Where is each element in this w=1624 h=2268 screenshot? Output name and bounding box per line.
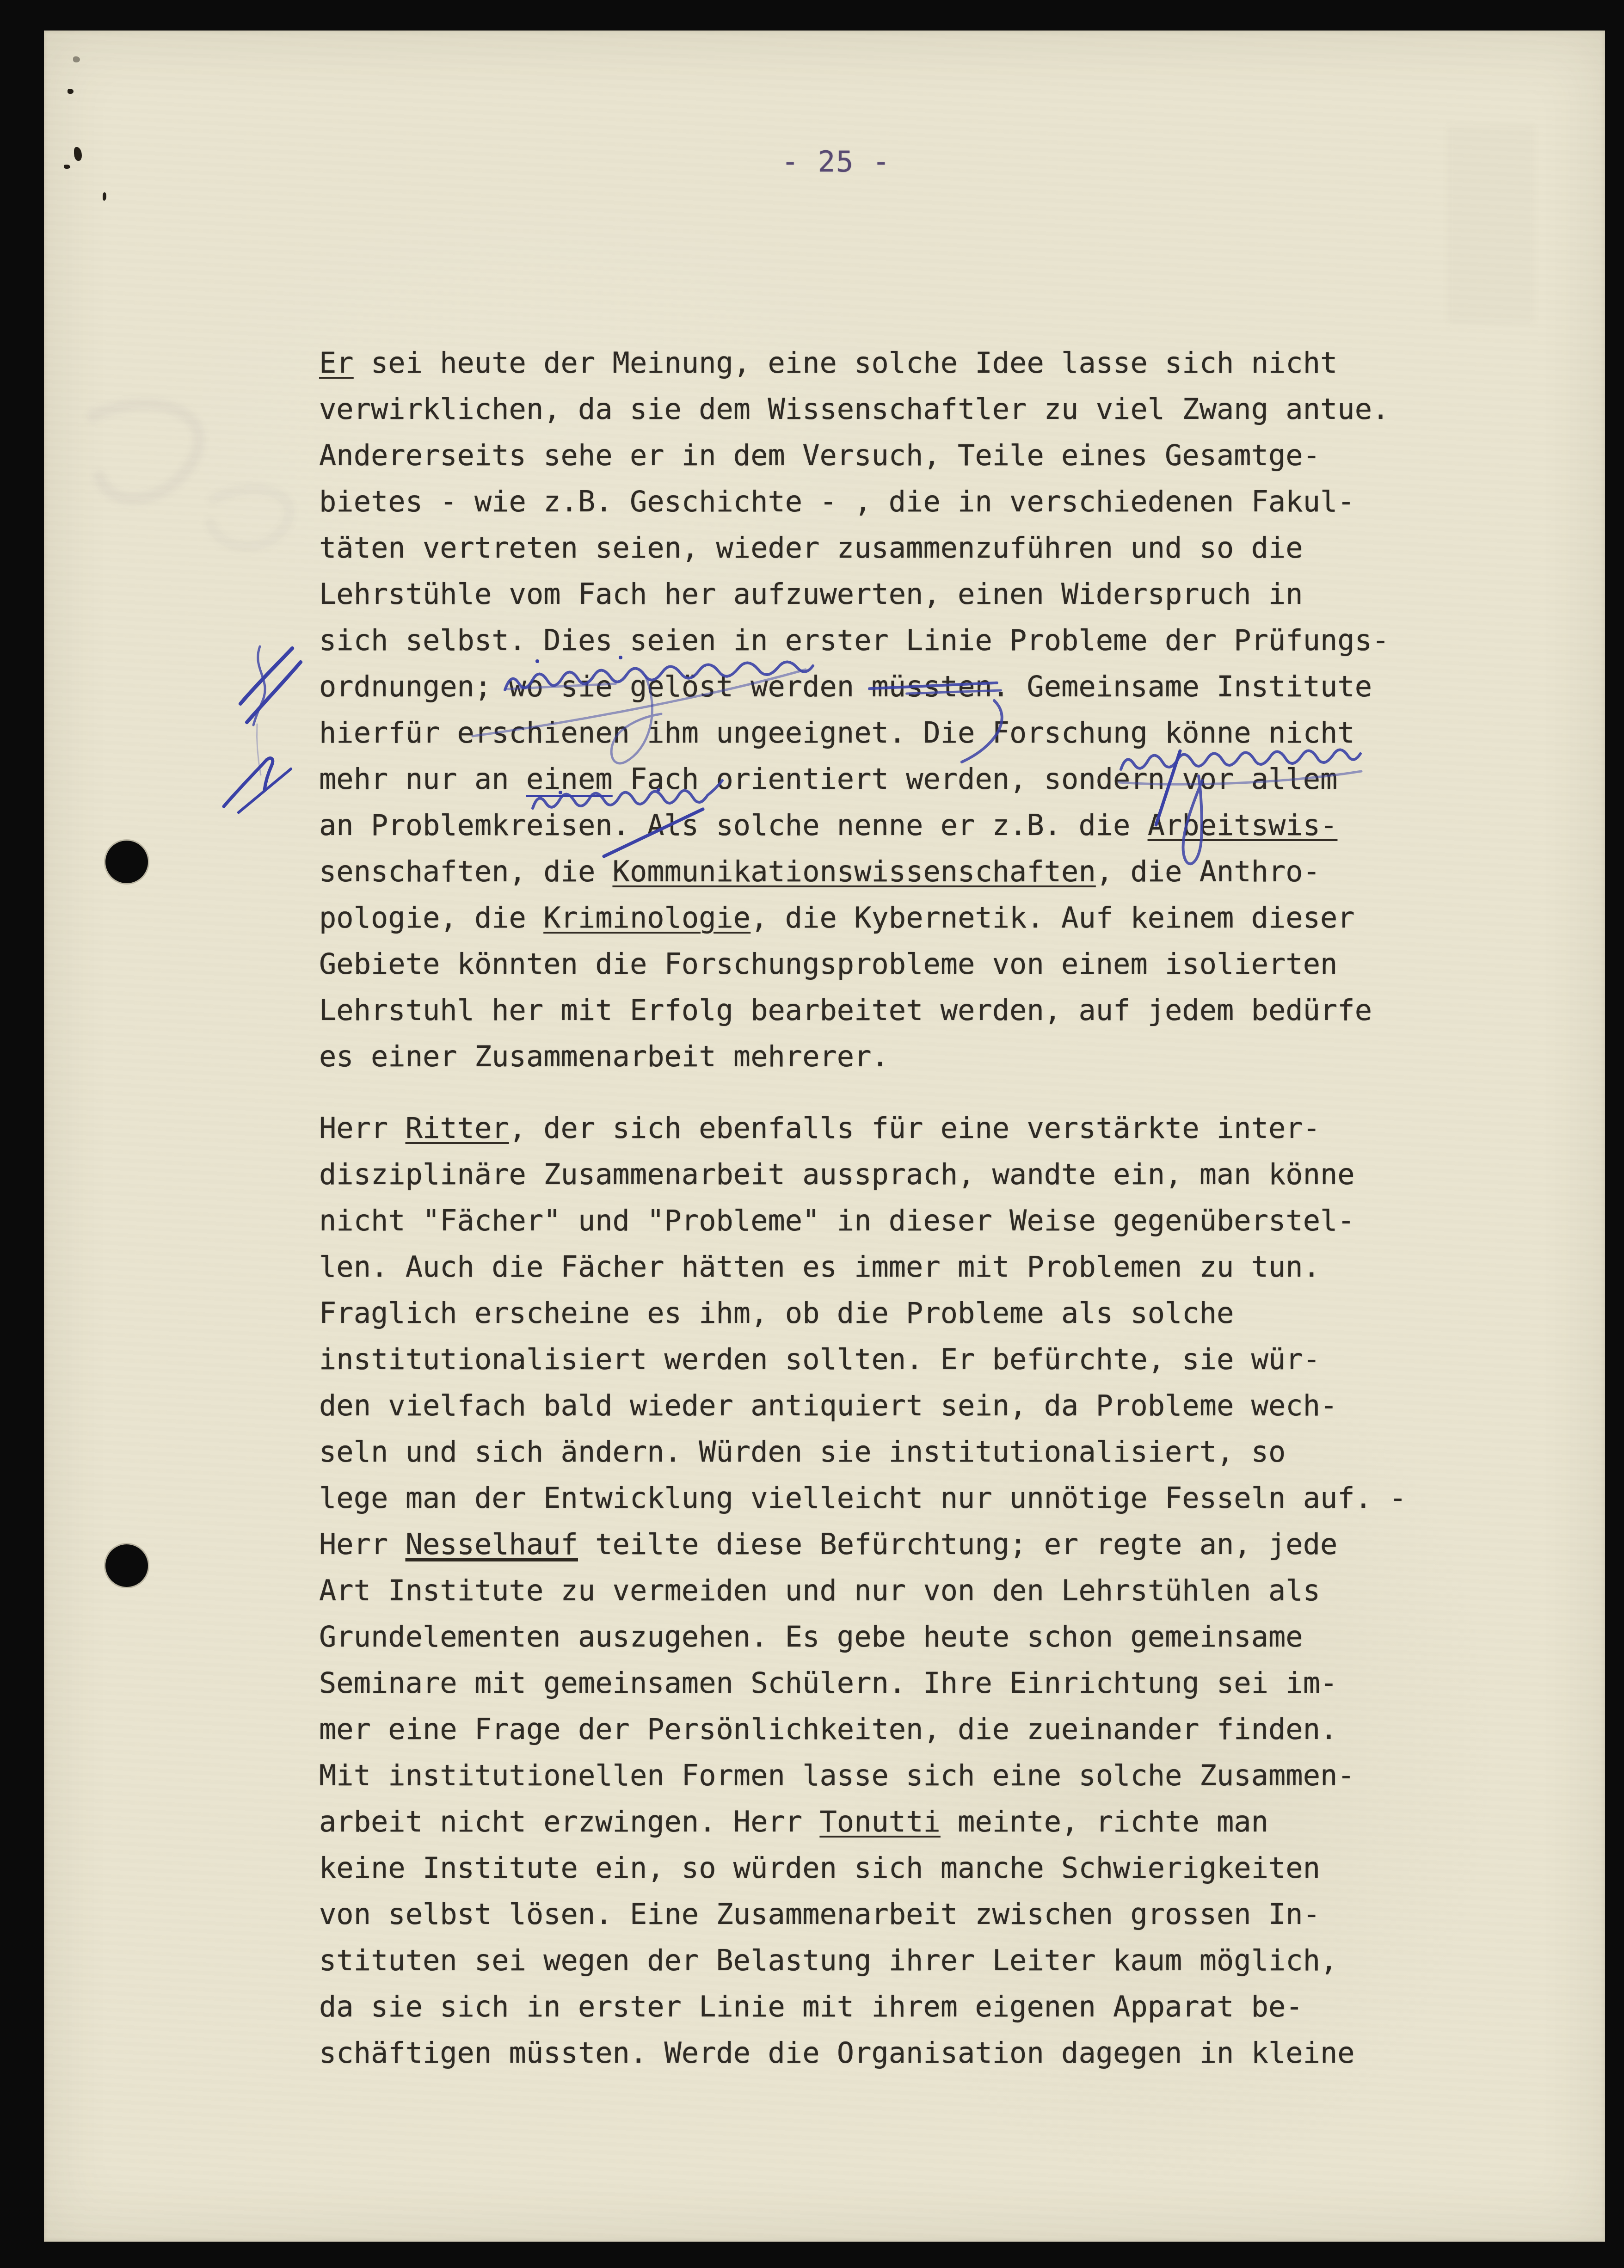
typed-line: Art Institute zu vermeiden und nur von d… <box>319 1567 1407 1614</box>
typed-segment: Fraglich erscheine es ihm, ob die Proble… <box>319 1296 1234 1330</box>
typed-line: Lehrstühle vom Fach her aufzuwerten, ein… <box>319 571 1407 617</box>
typed-line: seln und sich ändern. Würden sie institu… <box>319 1429 1407 1475</box>
typed-line: es einer Zusammenarbeit mehrerer. <box>319 1033 1407 1080</box>
typed-segment-u2: Nesselhauf <box>406 1527 578 1561</box>
typed-segment: disziplinäre Zusammenarbeit aussprach, w… <box>319 1157 1355 1191</box>
typed-line: Andererseits sehe er in dem Versuch, Tei… <box>319 432 1407 479</box>
typed-segment-hwu: einem <box>526 762 613 796</box>
typed-segment: pologie, die <box>319 901 543 934</box>
typed-segment: Mit institutionellen Formen lasse sich e… <box>319 1758 1355 1792</box>
typed-line: täten vertreten seien, wieder zusammenzu… <box>319 525 1407 571</box>
typed-line: den vielfach bald wieder antiquiert sein… <box>319 1383 1407 1429</box>
typed-segment: meinte, richte man <box>941 1805 1268 1838</box>
typed-line: senschaften, die Kommunikationswissensch… <box>319 848 1407 895</box>
typed-segment: Art Institute zu vermeiden und nur von d… <box>319 1573 1320 1607</box>
typed-segment: lege man der Entwicklung vielleicht nur … <box>319 1481 1407 1515</box>
typed-line: keine Institute ein, so würden sich manc… <box>319 1845 1407 1891</box>
paragraph: Er sei heute der Meinung, eine solche Id… <box>319 340 1407 1080</box>
typed-segment: Herr <box>319 1527 406 1561</box>
typed-segment: schäftigen müssten. Werde die Organisati… <box>319 2036 1355 2070</box>
typed-segment-u: Er <box>319 346 354 380</box>
typed-segment: Fach orientiert werden, sondern vor alle… <box>613 762 1338 796</box>
typed-segment: , der sich ebenfalls für eine verstärkte… <box>509 1111 1320 1145</box>
typed-line: verwirklichen, da sie dem Wissenschaftle… <box>319 386 1407 432</box>
typed-line: lege man der Entwicklung vielleicht nur … <box>319 1475 1407 1521</box>
typed-text: Er sei heute der Meinung, eine solche Id… <box>319 340 1407 2102</box>
typed-line: arbeit nicht erzwingen. Herr Tonutti mei… <box>319 1799 1407 1845</box>
typed-line: disziplinäre Zusammenarbeit aussprach, w… <box>319 1151 1407 1198</box>
typed-segment: hierfür erschienen ihm ungeeignet. Die F… <box>319 716 1355 750</box>
typed-line: da sie sich in erster Linie mit ihrem ei… <box>319 1984 1407 2030</box>
typed-line: an Problemkreisen. Als solche nenne er z… <box>319 802 1407 848</box>
typed-line: Gebiete könnten die Forschungsprobleme v… <box>319 941 1407 987</box>
scanned-document-page: - 25 - Er sei heute der Meinung, eine so… <box>0 0 1624 2268</box>
typed-line: Grundelementen auszugehen. Es gebe heute… <box>319 1614 1407 1660</box>
typed-segment: es einer Zusammenarbeit mehrerer. <box>319 1039 889 1073</box>
typed-line: pologie, die Kriminologie, die Kyberneti… <box>319 895 1407 941</box>
typed-segment: len. Auch die Fächer hätten es immer mit… <box>319 1250 1320 1284</box>
typed-line: Mit institutionellen Formen lasse sich e… <box>319 1752 1407 1799</box>
ink-speck <box>73 56 80 62</box>
typed-segment: verwirklichen, da sie dem Wissenschaftle… <box>319 392 1389 426</box>
typed-segment: den vielfach bald wieder antiquiert sein… <box>319 1389 1337 1422</box>
typed-line: sich selbst. Dies seien in erster Linie … <box>319 617 1407 664</box>
typed-segment: , die Kybernetik. Auf keinem dieser <box>750 901 1354 934</box>
typed-segment: mehr nur an <box>319 762 526 796</box>
typed-line: bietes - wie z.B. Geschichte - , die in … <box>319 479 1407 525</box>
typed-segment: . Gemeinsame Institute <box>992 670 1372 703</box>
typed-segment: Grundelementen auszugehen. Es gebe heute… <box>319 1620 1303 1653</box>
typed-segment-st: müssten <box>872 670 992 703</box>
typed-segment: täten vertreten seien, wieder zusammenzu… <box>319 531 1303 565</box>
typed-line: ordnungen; wo sie gelöst werden müssten.… <box>319 664 1407 710</box>
ink-speck <box>68 89 74 94</box>
typed-line: hierfür erschienen ihm ungeeignet. Die F… <box>319 710 1407 756</box>
typed-segment: seln und sich ändern. Würden sie institu… <box>319 1435 1286 1469</box>
typed-line: Lehrstuhl her mit Erfolg bearbeitet werd… <box>319 987 1407 1033</box>
typed-segment: ordnungen; <box>319 670 509 703</box>
typed-line: mer eine Frage der Persönlichkeiten, die… <box>319 1706 1407 1752</box>
typed-segment: arbeit nicht erzwingen. Herr <box>319 1805 820 1838</box>
typed-line: Herr Ritter, der sich ebenfalls für eine… <box>319 1105 1407 1151</box>
typed-segment: Andererseits sehe er in dem Versuch, Tei… <box>319 438 1320 472</box>
hole-punch-bottom <box>105 1544 148 1587</box>
typed-line: institutionalisiert werden sollten. Er b… <box>319 1336 1407 1383</box>
typed-line: schäftigen müssten. Werde die Organisati… <box>319 2030 1407 2076</box>
typed-segment: , die Anthro- <box>1096 854 1320 888</box>
typed-segment: Seminare mit gemeinsamen Schülern. Ihre … <box>319 1666 1337 1700</box>
typed-segment: sich selbst. Dies seien in erster Linie … <box>319 623 1389 657</box>
paragraph: Herr Ritter, der sich ebenfalls für eine… <box>319 1105 1407 2076</box>
typed-segment: Lehrstuhl her mit Erfolg bearbeitet werd… <box>319 993 1372 1027</box>
typed-segment-u: Arbeitswis- <box>1148 808 1338 842</box>
typed-line: len. Auch die Fächer hätten es immer mit… <box>319 1244 1407 1290</box>
typed-line: Fraglich erscheine es ihm, ob die Proble… <box>319 1290 1407 1336</box>
typed-segment: Lehrstühle vom Fach her aufzuwerten, ein… <box>319 577 1303 611</box>
typed-segment: Gebiete könnten die Forschungsprobleme v… <box>319 947 1337 981</box>
typed-segment-u: Tonutti <box>820 1805 941 1838</box>
typed-segment-u: Kommunikationswissenschaften <box>613 854 1096 888</box>
typed-segment: teilte diese Befürchtung; er regte an, j… <box>578 1527 1337 1561</box>
typed-segment-stl: wo sie <box>509 670 613 703</box>
typed-segment: Herr <box>319 1111 406 1145</box>
typed-line: Er sei heute der Meinung, eine solche Id… <box>319 340 1407 386</box>
typed-segment: senschaften, die <box>319 854 613 888</box>
typed-segment: institutionalisiert werden sollten. Er b… <box>319 1342 1320 1376</box>
typed-segment: bietes - wie z.B. Geschichte - , die in … <box>319 485 1355 518</box>
typed-segment: da sie sich in erster Linie mit ihrem ei… <box>319 1990 1303 2023</box>
typed-segment: keine Institute ein, so würden sich manc… <box>319 1851 1320 1885</box>
ink-speck <box>64 165 70 169</box>
typed-line: stituten sei wegen der Belastung ihrer L… <box>319 1937 1407 1984</box>
typed-segment-u: Ritter <box>406 1111 509 1145</box>
typed-line: von selbst lösen. Eine Zusammenarbeit zw… <box>319 1891 1407 1937</box>
typed-line: nicht "Fächer" und "Probleme" in dieser … <box>319 1198 1407 1244</box>
page-number: - 25 - <box>781 139 891 185</box>
typed-line: Seminare mit gemeinsamen Schülern. Ihre … <box>319 1660 1407 1706</box>
typed-segment: stituten sei wegen der Belastung ihrer L… <box>319 1943 1337 1977</box>
typed-segment: nicht "Fächer" und "Probleme" in dieser … <box>319 1204 1355 1237</box>
typed-segment: sei heute der Meinung, eine solche Idee … <box>354 346 1338 380</box>
typed-segment: mer eine Frage der Persönlichkeiten, die… <box>319 1712 1337 1746</box>
hole-punch-top <box>105 841 148 883</box>
typed-line: Herr Nesselhauf teilte diese Befürchtung… <box>319 1521 1407 1567</box>
typed-segment-u: Kriminologie <box>543 901 750 934</box>
typed-segment: an Problemkreisen. Als solche nenne er z… <box>319 808 1148 842</box>
typed-line: mehr nur an einem Fach orientiert werden… <box>319 756 1407 802</box>
typed-segment: gelöst werden <box>613 670 872 703</box>
typed-segment: von selbst lösen. Eine Zusammenarbeit zw… <box>319 1897 1320 1931</box>
